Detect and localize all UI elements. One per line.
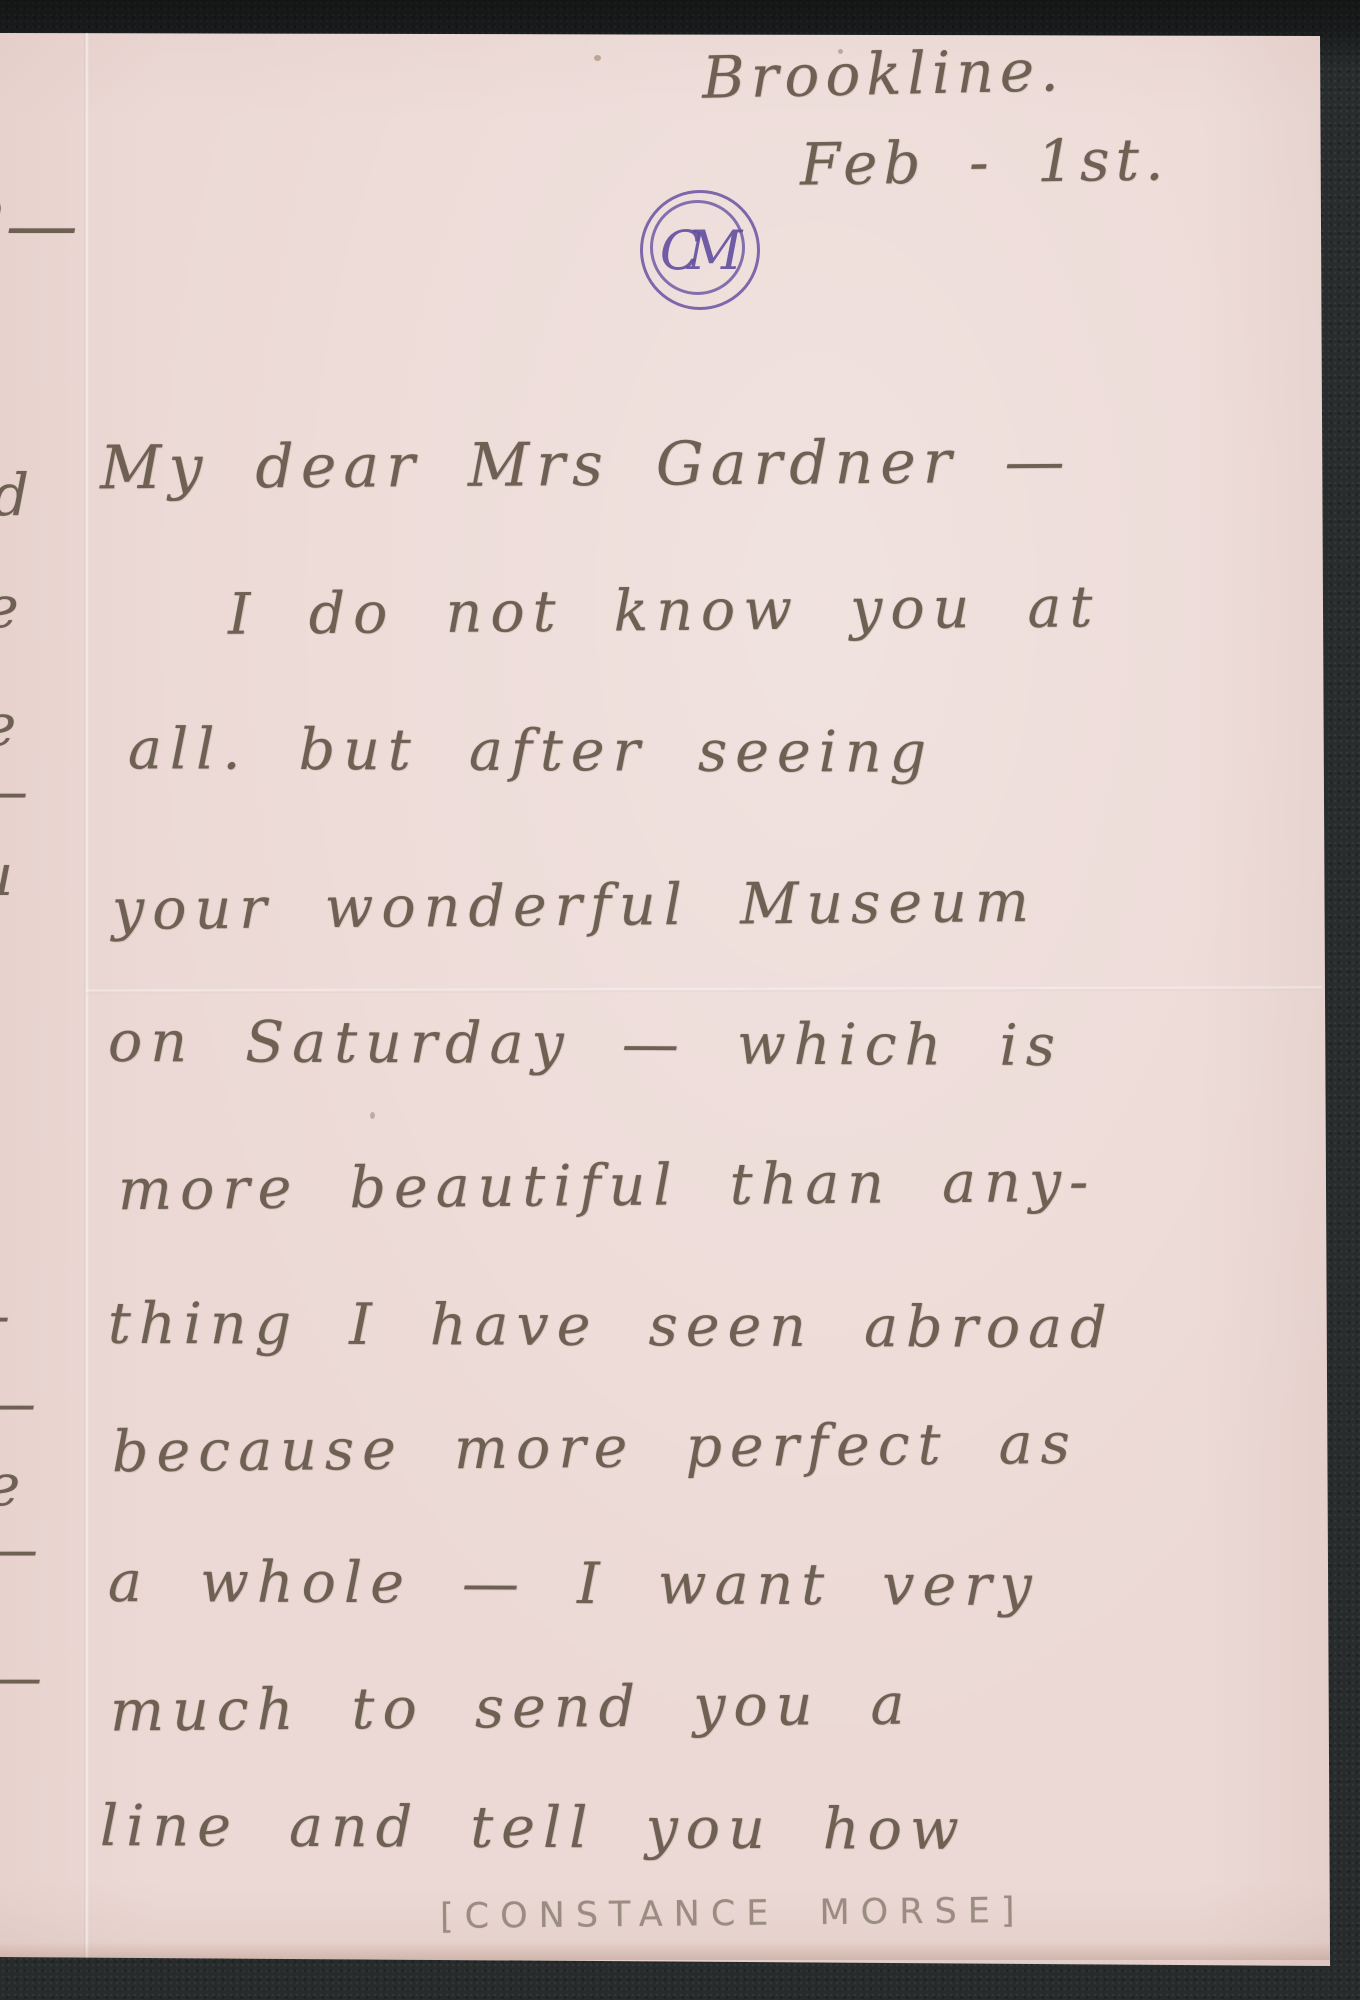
page-fold-edge (84, 33, 89, 1959)
ink-fragment: — (0, 757, 28, 825)
ink-fragment: e (0, 691, 16, 759)
ink-fragment: — (0, 1643, 42, 1711)
date-line: Feb - 1st. (800, 125, 1170, 198)
underlying-page-edge: 2— d le e — u — — e — ∕ — (0, 33, 84, 1957)
monogram-initials: CM (643, 193, 757, 307)
body-line: I do not know you at (228, 574, 1101, 648)
ink-fragment: e (0, 1451, 20, 1519)
ink-fragment: 2— (0, 183, 78, 267)
letter-page: 2— d le e — u — — e — ∕ — Brookline. Feb… (0, 0, 1360, 2000)
body-line: your wonderful Museum (112, 869, 1037, 943)
salutation-line: My dear Mrs Gardner — (100, 427, 1072, 504)
body-line: because more perfect as (112, 1411, 1078, 1485)
monogram-stamp: CM (640, 190, 760, 310)
horizontal-crease (86, 986, 1322, 993)
ink-fragment: u (0, 841, 13, 909)
ink-fragment: — (0, 1515, 38, 1583)
ink-fragment: le (0, 573, 19, 641)
body-line: line and tell you how (100, 1793, 967, 1863)
body-line: a whole — I want very (108, 1549, 1040, 1619)
ink-fragment: — (0, 1369, 36, 1437)
archivist-annotation: [CONSTANCE MORSE] (440, 1891, 1026, 1937)
body-line: much to send you a (110, 1671, 913, 1744)
paper-speck (594, 55, 601, 61)
ink-fragment: d (0, 461, 29, 529)
place-line: Brookline. (701, 36, 1065, 112)
body-line: all. but after seeing (128, 716, 934, 786)
paper-speck (370, 1112, 375, 1119)
body-line: on Saturday — which is (108, 1009, 1063, 1079)
ink-fragment: — (0, 1281, 10, 1349)
paper-bottom-edge (0, 1942, 1332, 1960)
body-line: more beautiful than any- (118, 1149, 1097, 1224)
body-line: thing I have seen abroad (108, 1291, 1115, 1361)
